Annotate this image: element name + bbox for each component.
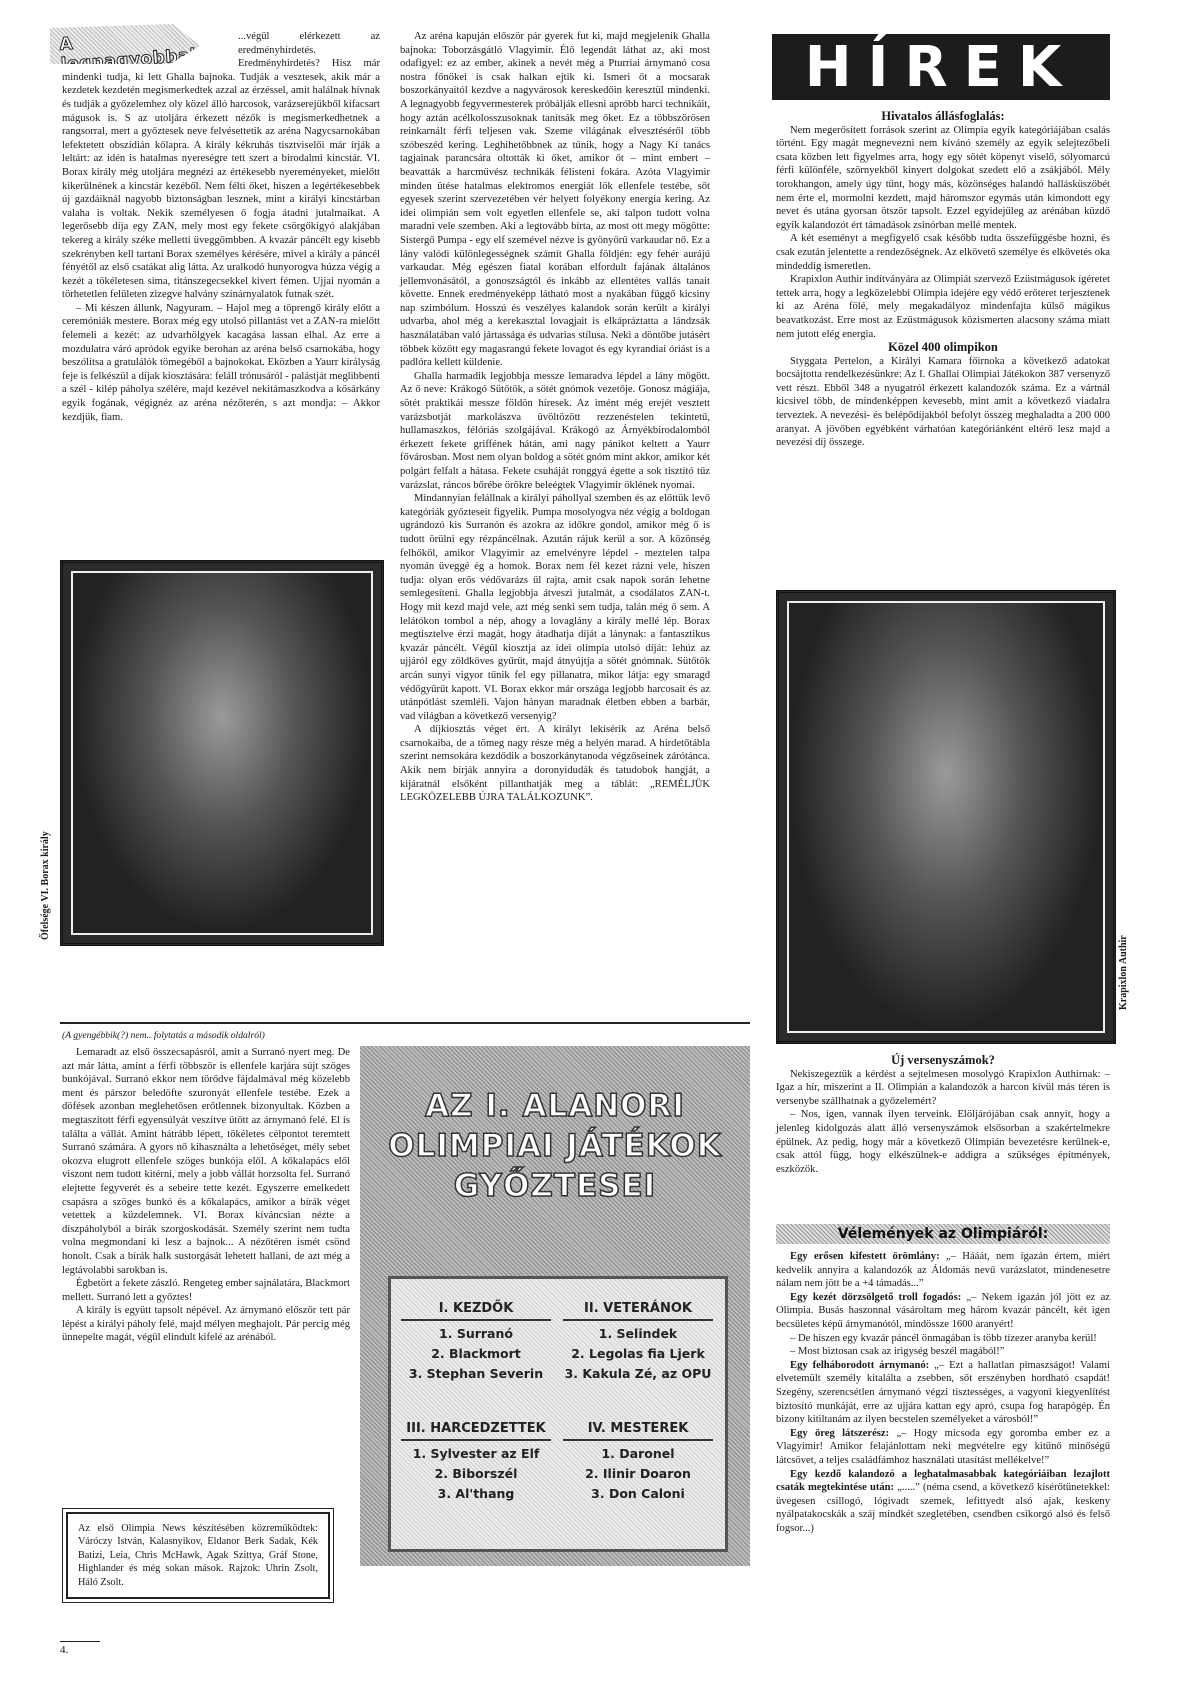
news-masthead: HÍREK	[772, 34, 1110, 100]
news-official-p3: Krapixlon Authir indítványára az Olimpiá…	[776, 273, 1110, 341]
opinions-list: Egy erősen kifestett örömlány: „– Hááát,…	[776, 1250, 1110, 1535]
continuation-article: (A gyengébbik(?) nem.. folytatás a másod…	[62, 1030, 350, 1345]
new-events-p1: Nekiszegeztük a kérdést a sejtelmesen mo…	[776, 1068, 1110, 1109]
middle-article-p1: Az aréna kapuján először pár gyerek fut …	[400, 30, 710, 370]
winners-poster: AZ I. ALANORI OLIMPIAI JÁTÉKOK GYŐZTESEI…	[360, 1046, 750, 1566]
news-heading-official: Hivatalos állásfoglalás:	[776, 110, 1110, 124]
opinion-item: – De hiszen egy kvazár páncél önmagában …	[776, 1332, 1110, 1346]
borax-king-illustration	[60, 560, 384, 946]
category-veteranok: II. VETERÁNOK 1. Selindek 2. Legolas fia…	[563, 1299, 713, 1384]
continuation-p2: Égbetört a fekete zászló. Rengeteg ember…	[62, 1277, 350, 1304]
continuation-intro: (A gyengébbik(?) nem.. folytatás a másod…	[62, 1030, 350, 1042]
news-column: Hivatalos állásfoglalás: Nem megerősítet…	[776, 110, 1110, 450]
opinion-item: Egy felháborodott árnymanó: „– Ezt a hal…	[776, 1359, 1110, 1427]
news-olympians-p1: Styggata Pertelon, a Királyi Kamara főir…	[776, 355, 1110, 450]
left-article-p1: ...végül elérkezett az eredményhirdetés.…	[62, 31, 380, 300]
section-divider	[60, 1022, 750, 1024]
middle-article-p4: A díjkiosztás véget ért. A királyt lekís…	[400, 723, 710, 805]
borax-image-caption: Őfelsége VI. Borax király	[40, 820, 51, 940]
poster-title: AZ I. ALANORI OLIMPIAI JÁTÉKOK GYŐZTESEI	[360, 1086, 750, 1206]
continuation-p3: A király is együtt tapsolt népével. Az á…	[62, 1304, 350, 1345]
left-article-p2: – Mi készen állunk, Nagyuram. – Hajol me…	[62, 302, 380, 424]
page-number: 4.	[60, 1641, 100, 1656]
opinion-item: Egy öreg látszerész: „– Hogy micsoda egy…	[776, 1427, 1110, 1468]
left-article: ...végül elérkezett az eredményhirdetés.…	[62, 30, 380, 424]
winners-plate: I. KEZDŐK 1. Surranó 2. Blackmort 3. Ste…	[388, 1276, 728, 1552]
news-official-p2: A két eseményt a megfigyelő csak később …	[776, 232, 1110, 273]
middle-article-p3: Mindannyian felállnak a királyi páhollya…	[400, 492, 710, 723]
opinion-item: – Most biztosan csak az irigység beszél …	[776, 1345, 1110, 1359]
opinion-item: Egy erősen kifestett örömlány: „– Hááát,…	[776, 1250, 1110, 1291]
opinion-item: Egy kezdő kalandozó a leghatalmasabbak k…	[776, 1468, 1110, 1536]
continuation-p1: Lemaradt az első összecsapásról, amit a …	[62, 1046, 350, 1277]
new-events: Új versenyszámok? Nekiszegeztük a kérdés…	[776, 1054, 1110, 1176]
krapixlon-image-caption: Krapixlon Authir	[1118, 900, 1129, 1010]
category-harcedzettek: III. HARCEDZETTEK 1. Sylvester az Elf 2.…	[401, 1419, 551, 1504]
new-events-p2: – Nos, igen, vannak ilyen terveink. Elöl…	[776, 1108, 1110, 1176]
news-heading-olympians: Közel 400 olimpikon	[776, 341, 1110, 355]
opinion-item: Egy kezét dörzsölgető troll fogadós: „– …	[776, 1291, 1110, 1332]
krapixlon-illustration	[776, 590, 1116, 1044]
category-kezdok: I. KEZDŐK 1. Surranó 2. Blackmort 3. Ste…	[401, 1299, 551, 1384]
credits-box: Az első Olimpia News készítésében közrem…	[66, 1512, 330, 1599]
opinions-heading: Vélemények az Olimpiáról:	[776, 1224, 1110, 1244]
new-events-heading: Új versenyszámok?	[776, 1054, 1110, 1068]
middle-article-p2: Ghalla harmadik legjobbja messze lemarad…	[400, 370, 710, 492]
news-official-p1: Nem megerősített források szerint az Oli…	[776, 124, 1110, 233]
category-mesterek: IV. MESTEREK 1. Daronel 2. Ilinir Doaron…	[563, 1419, 713, 1504]
middle-article: Az aréna kapuján először pár gyerek fut …	[400, 30, 710, 805]
